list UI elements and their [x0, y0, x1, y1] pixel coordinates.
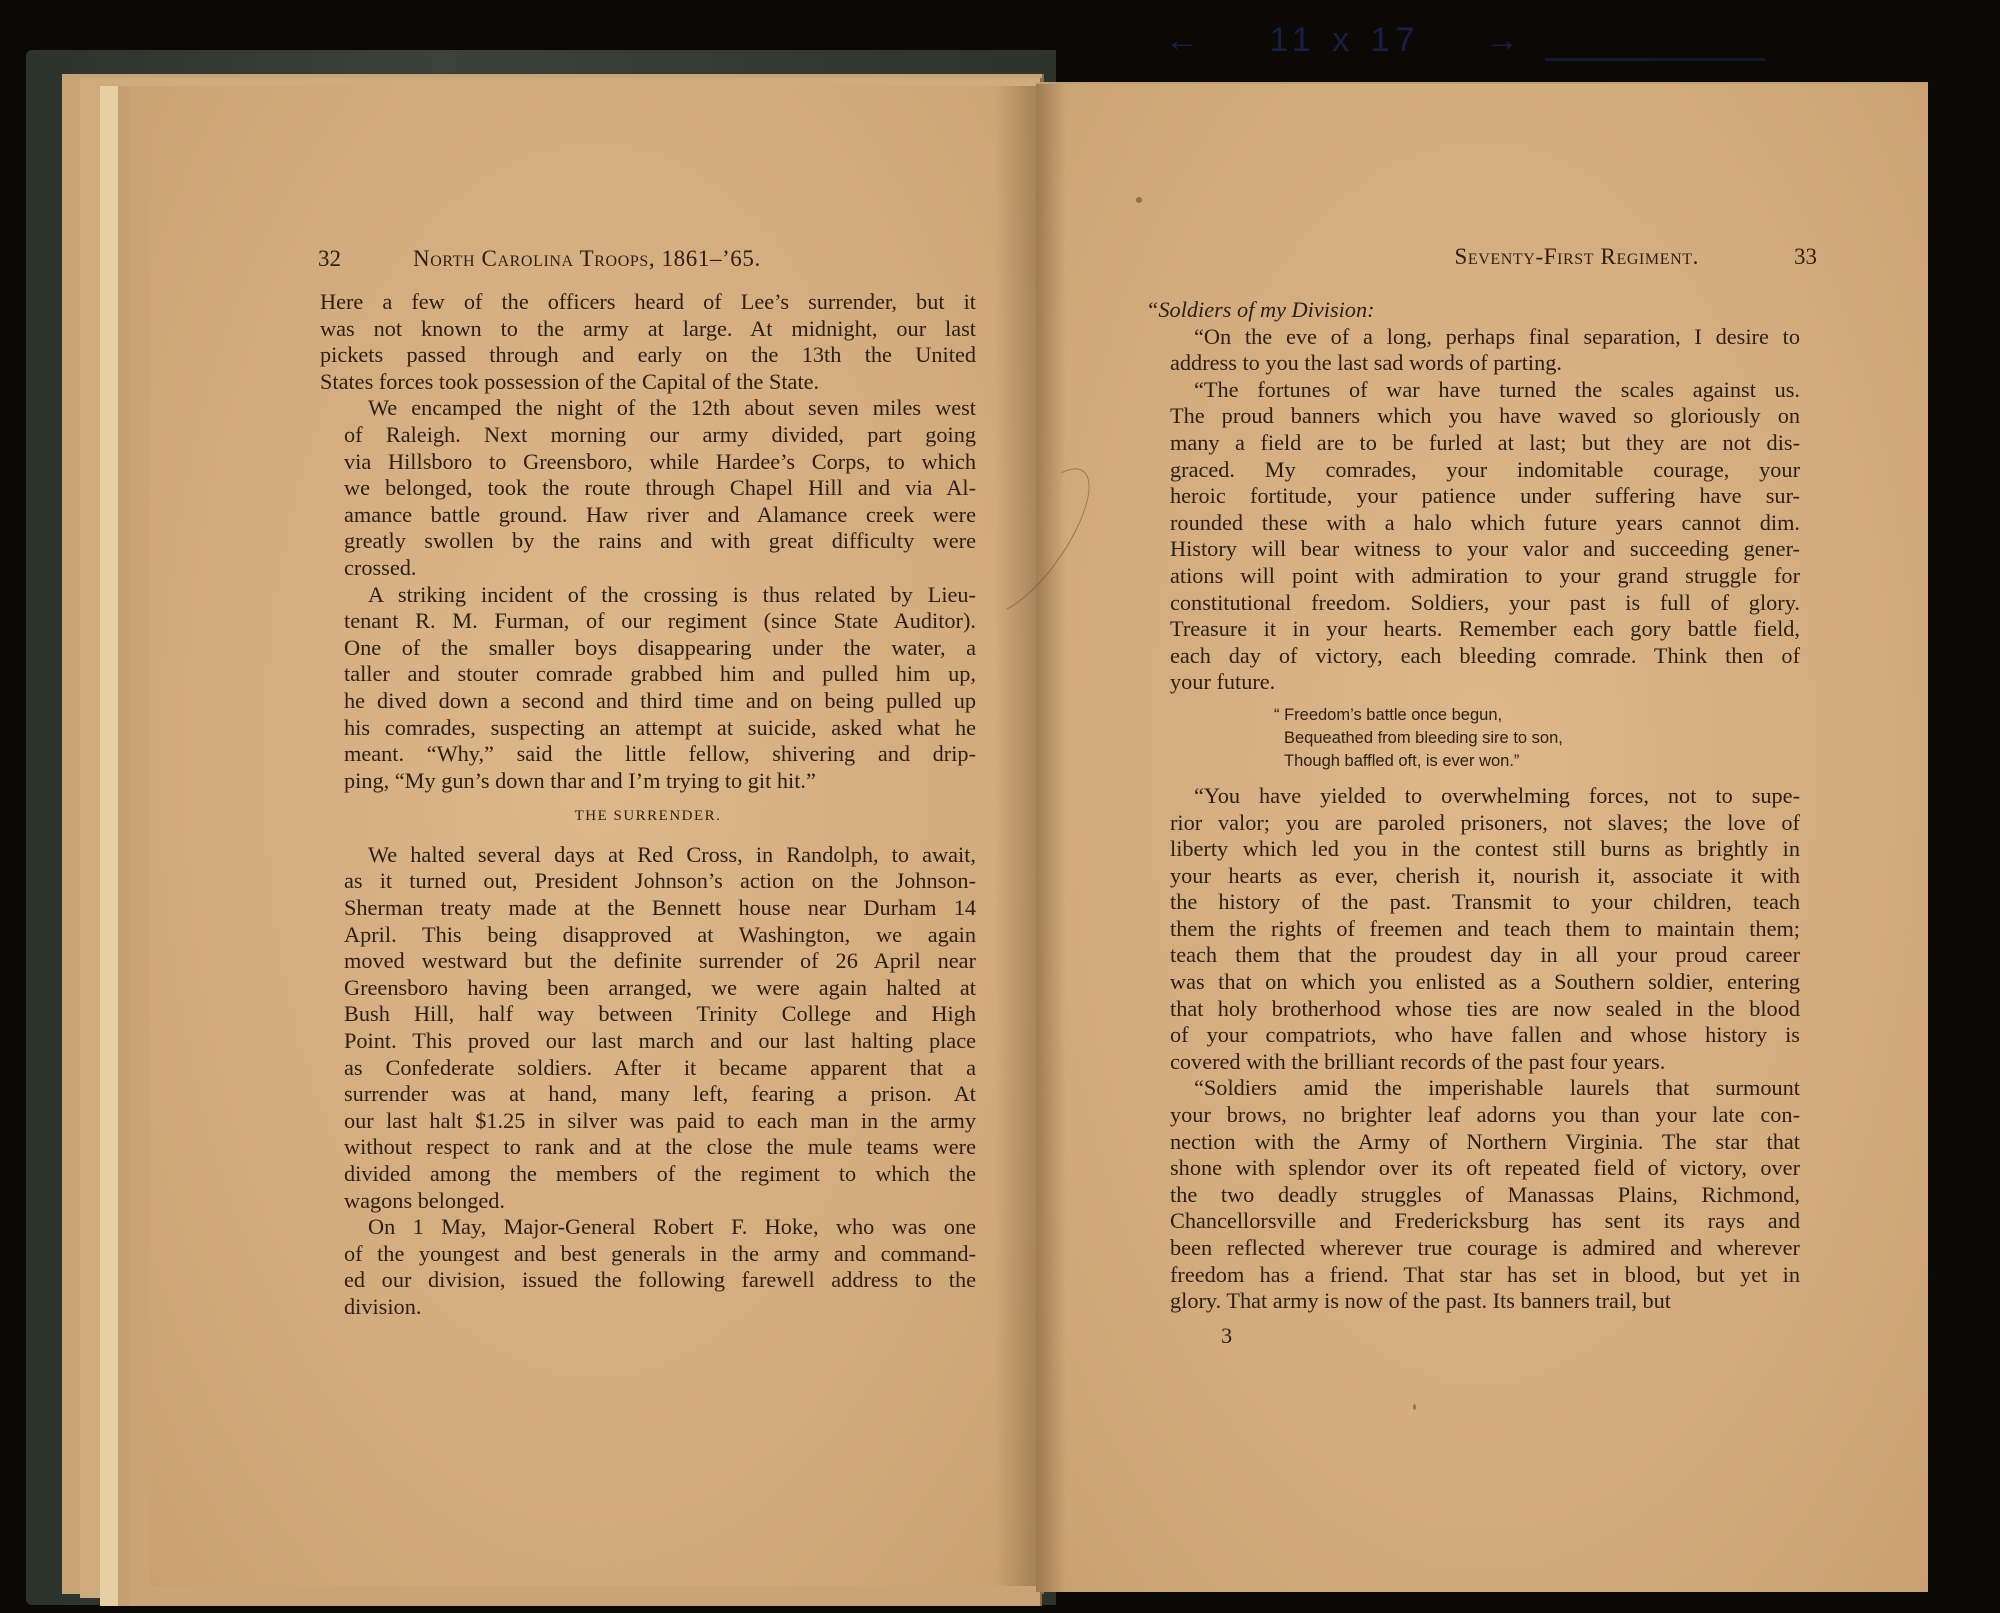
poem-line: Bequeathed from bleeding sire to son,	[1274, 727, 1800, 750]
text-line: was that on which you enlisted as a Sout…	[1146, 969, 1800, 996]
text-line: teach them that the proudest day in all …	[1146, 942, 1800, 969]
text-line: On 1 May, Major-General Robert F. Hoke, …	[320, 1214, 976, 1241]
text-line: greatly swollen by the rains and with gr…	[320, 528, 976, 555]
left-page: 32 North Carolina Troops, 1861–’65. Here…	[150, 86, 1040, 1586]
poem-line: “ Freedom’s battle once begun,	[1274, 704, 1800, 727]
text-line: address to you the last sad words of par…	[1146, 350, 1800, 377]
text-line: Point. This proved our last march and ou…	[320, 1028, 976, 1055]
text-line: taller and stouter comrade grabbed him a…	[320, 661, 976, 688]
scanner-guide-line	[1545, 58, 1765, 61]
paragraph-group: “You have yielded to overwhelming forces…	[1146, 783, 1800, 1315]
scanner-size-label: ← 11 x 17 →	[1165, 20, 1525, 60]
signature-mark: 3	[1221, 1323, 1800, 1350]
text-line: your hearts as ever, cherish it, nourish…	[1146, 863, 1800, 890]
text-line: “Soldiers amid the imperishable laurels …	[1146, 1075, 1800, 1102]
text-line: ations will point with admiration to you…	[1146, 563, 1800, 590]
paragraph-group: “On the eve of a long, perhaps final sep…	[1146, 324, 1800, 696]
page-number: 32	[318, 246, 413, 272]
text-line: of your compatriots, who have fallen and…	[1146, 1022, 1800, 1049]
text-line: crossed.	[320, 555, 976, 582]
text-line: via Hillsboro to Greensboro, while Harde…	[320, 449, 976, 476]
text-line: ed our division, issued the following fa…	[320, 1267, 976, 1294]
gutter-shadow	[995, 86, 1040, 1586]
paragraph: Here a few of the officers heard of Lee’…	[320, 289, 976, 395]
text-line: constitutional freedom. Soldiers, your p…	[1146, 590, 1800, 617]
paper-speck	[1136, 197, 1142, 203]
text-line: ping, “My gun’s down thar and I’m trying…	[320, 768, 976, 795]
text-line: rior valor; you are paroled prisoners, n…	[1146, 810, 1800, 837]
text-line: April. This being disapproved at Washing…	[320, 922, 976, 949]
arrow-left-icon: ←	[1165, 21, 1205, 60]
text-line: pickets passed through and early on the …	[320, 342, 976, 369]
paragraph: We encamped the night of the 12th about …	[320, 395, 976, 581]
paragraph: On 1 May, Major-General Robert F. Hoke, …	[320, 1214, 976, 1320]
text-line: surrender was at hand, many left, fearin…	[320, 1081, 976, 1108]
text-line: rounded these with a halo which future y…	[1146, 510, 1800, 537]
paragraph: “Soldiers amid the imperishable laurels …	[1146, 1075, 1800, 1314]
text-line: Bush Hill, half way between Trinity Coll…	[320, 1001, 976, 1028]
paragraph: “On the eve of a long, perhaps final sep…	[1146, 324, 1800, 377]
text-line: your brows, no brighter leaf adorns you …	[1146, 1102, 1800, 1129]
text-line: History will bear witness to your valor …	[1146, 536, 1800, 563]
body-text: Here a few of the officers heard of Lee’…	[320, 289, 976, 1321]
paragraph-group: We halted several days at Red Cross, in …	[320, 842, 976, 1321]
text-line: that holy brotherhood whose ties are now…	[1146, 996, 1800, 1023]
text-line: Here a few of the officers heard of Lee’…	[320, 289, 976, 316]
running-title: North Carolina Troops, 1861–’65.	[413, 246, 761, 272]
text-line: Chancellorsville and Fredericksburg has …	[1146, 1208, 1800, 1235]
text-line: nection with the Army of Northern Virgin…	[1146, 1129, 1800, 1156]
text-line: shone with splendor over its oft repeate…	[1146, 1155, 1800, 1182]
text-line: heroic fortitude, your patience under su…	[1146, 483, 1800, 510]
paragraph-group: Here a few of the officers heard of Lee’…	[320, 289, 976, 794]
text-line: liberty which led you in the contest sti…	[1146, 836, 1800, 863]
text-line: A striking incident of the crossing is t…	[320, 582, 976, 609]
salutation: “Soldiers of my Division:	[1146, 297, 1800, 324]
text-line: meant. “Why,” said the little fellow, sh…	[320, 741, 976, 768]
text-line: “The fortunes of war have turned the sca…	[1146, 377, 1800, 404]
text-line: them the rights of freemen and teach the…	[1146, 916, 1800, 943]
right-page: Seventy-First Regiment. 33 “Soldiers of …	[1036, 82, 1928, 1592]
text-line: as it turned out, President Johnson’s ac…	[320, 868, 976, 895]
text-line: was not known to the army at large. At m…	[320, 316, 976, 343]
text-line: without respect to rank and at the close…	[320, 1134, 976, 1161]
arrow-right-icon: →	[1485, 21, 1525, 60]
text-line: our last halt $1.25 in silver was paid t…	[320, 1108, 976, 1135]
text-line: We encamped the night of the 12th about …	[320, 395, 976, 422]
text-line: freedom has a friend. That star has set …	[1146, 1262, 1800, 1289]
scanner-size-text: 11 x 17	[1269, 21, 1420, 60]
text-line: Treasure it in your hearts. Remember eac…	[1146, 616, 1800, 643]
text-line: your future.	[1146, 669, 1800, 696]
paragraph: We halted several days at Red Cross, in …	[320, 842, 976, 1214]
text-line: “On the eve of a long, perhaps final sep…	[1146, 324, 1800, 351]
paragraph: A striking incident of the crossing is t…	[320, 582, 976, 795]
text-line: “You have yielded to overwhelming forces…	[1146, 783, 1800, 810]
paper-speck	[1413, 1404, 1416, 1410]
text-line: wagons belonged.	[320, 1188, 976, 1215]
text-line: he dived down a second and third time an…	[320, 688, 976, 715]
text-line: we belonged, took the route through Chap…	[320, 475, 976, 502]
text-line: each day of victory, each bleeding comra…	[1146, 643, 1800, 670]
gutter-shadow	[1036, 84, 1066, 1592]
text-line: glory. That army is now of the past. Its…	[1146, 1288, 1800, 1315]
text-line: many a field are to be furled at last; b…	[1146, 430, 1800, 457]
poem-quote: “ Freedom’s battle once begun,Bequeathed…	[1274, 704, 1800, 773]
text-line: graced. My comrades, your indomitable co…	[1146, 457, 1800, 484]
text-line: tenant R. M. Furman, of our regiment (si…	[320, 608, 976, 635]
poem-line: Though baffled oft, is ever won.”	[1274, 750, 1800, 773]
text-line: division.	[320, 1294, 976, 1321]
text-line: moved westward but the definite surrende…	[320, 948, 976, 975]
text-line: States forces took possession of the Cap…	[320, 369, 976, 396]
text-line: the two deadly struggles of Manassas Pla…	[1146, 1182, 1800, 1209]
body-text: “Soldiers of my Division: “On the eve of…	[1146, 297, 1800, 1349]
text-line: Greensboro having been arranged, we were…	[320, 975, 976, 1002]
paragraph: “The fortunes of war have turned the sca…	[1146, 377, 1800, 696]
paragraph: “You have yielded to overwhelming forces…	[1146, 783, 1800, 1076]
running-head: Seventy-First Regiment. 33	[1142, 244, 1817, 270]
section-heading: THE SURRENDER.	[320, 803, 976, 830]
text-line: divided among the members of the regimen…	[320, 1161, 976, 1188]
text-line: amance battle ground. Haw river and Alam…	[320, 502, 976, 529]
text-line: The proud banners which you have waved s…	[1146, 403, 1800, 430]
running-title: Seventy-First Regiment.	[1454, 244, 1699, 270]
text-line: the history of the past. Transmit to you…	[1146, 889, 1800, 916]
text-line: We halted several days at Red Cross, in …	[320, 842, 976, 869]
text-line: covered with the brilliant records of th…	[1146, 1049, 1800, 1076]
text-line: Sherman treaty made at the Bennett house…	[320, 895, 976, 922]
page-number: 33	[1794, 244, 1817, 270]
text-line: of Raleigh. Next morning our army divide…	[320, 422, 976, 449]
text-line: his comrades, suspecting an attempt at s…	[320, 715, 976, 742]
text-line: been reflected wherever true courage is …	[1146, 1235, 1800, 1262]
text-line: One of the smaller boys disappearing und…	[320, 635, 976, 662]
running-head: 32 North Carolina Troops, 1861–’65.	[318, 246, 1008, 272]
text-line: as Confederate soldiers. After it became…	[320, 1055, 976, 1082]
text-line: of the youngest and best generals in the…	[320, 1241, 976, 1268]
